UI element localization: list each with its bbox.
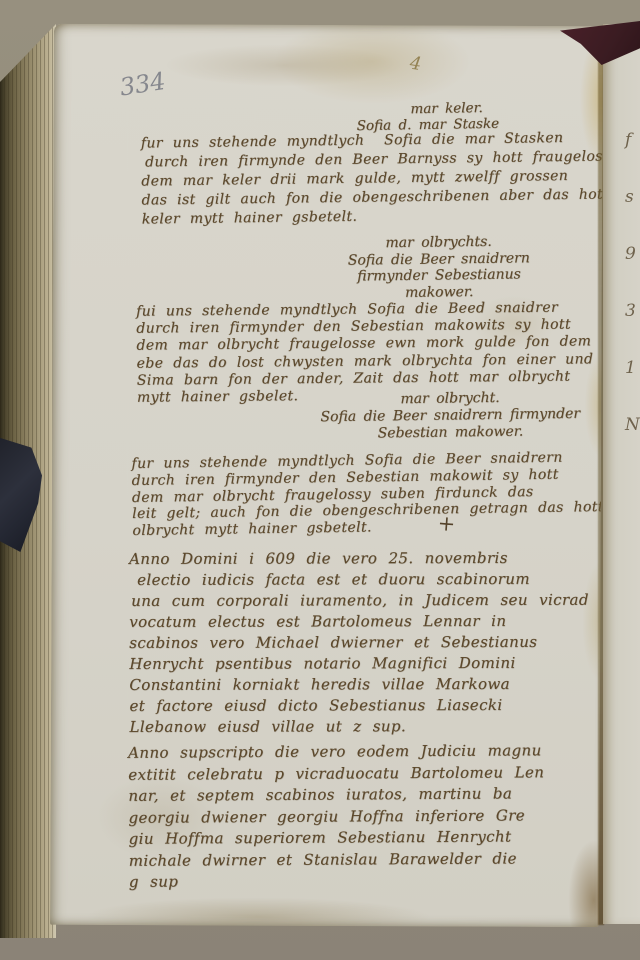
handwritten-line: georgiu dwiener georgiu Hoffna inferiore… [128, 804, 603, 829]
handwritten-line: una cum corporali iuramento, in Judicem … [131, 590, 603, 612]
page-number: 334 [118, 67, 168, 102]
heading-mar-olbrychts: mar olbrychts.Sofia die Beer snaidrernfi… [300, 233, 577, 303]
paragraph-mar-keler: fur uns stehende myndtlych Sofia die mar… [141, 128, 603, 230]
handwritten-line: Constantini korniakt heredis villae Mark… [129, 674, 603, 696]
paragraph-latin-judicium-magnum: Anno supscripto die vero eodem Judiciu m… [128, 740, 603, 894]
manuscript-page: 334 4 mar keler.Sofia d. mar Staske fur … [50, 24, 603, 927]
handwritten-line: scabinos vero Michael dwierner et Sebest… [129, 632, 603, 654]
handwritten-line: 1 [625, 360, 640, 377]
facing-page-partial-letters: fs931N [625, 132, 640, 434]
heading-mar-olbrycht-second: mar olbrycht.Sofia die Beer snaidrern fi… [302, 389, 599, 444]
cross-ink-mark: + [437, 511, 456, 536]
handwritten-line: Henrycht psentibus notario Magnifici Dom… [129, 653, 603, 675]
paragraph-mar-olbrycht-second: fur uns stehende myndtlych Sofia die Bee… [131, 449, 603, 540]
handwritten-line: 3 [625, 303, 640, 320]
folio-ink-mark: 4 [408, 53, 422, 75]
handwritten-line: michale dwirner et Stanislau Barawelder … [129, 847, 603, 872]
handwritten-line: vocatum electus est Bartolomeus Lennar i… [129, 611, 603, 633]
handwritten-line: giu Hoffma superiorem Sebestianu Henrych… [129, 826, 603, 851]
handwritten-line: nar, et septem scabinos iuratos, martinu… [128, 783, 603, 808]
handwritten-line: electio iudicis facta est et duoru scabi… [137, 569, 603, 591]
manuscript-photo: 334 4 mar keler.Sofia d. mar Staske fur … [0, 0, 640, 960]
facing-page-sliver: fs931N [603, 24, 640, 924]
handwritten-line: Llebanow eiusd villae ut z sup. [129, 716, 602, 738]
handwritten-line: s [625, 189, 640, 206]
paragraph-latin-election-1609: Anno Domini i 609 die vero 25. novembris… [129, 548, 603, 738]
handwritten-line: et factore eiusd dicto Sebestianus Liase… [129, 695, 603, 717]
handwritten-line: g sup [129, 869, 603, 894]
handwritten-line: Anno Domini i 609 die vero 25. novembris [129, 548, 603, 570]
handwritten-line: extitit celebratu p vicraduocatu Bartolo… [128, 761, 603, 786]
handwritten-line: f [625, 132, 640, 149]
handwritten-line: Anno supscripto die vero eodem Judiciu m… [128, 740, 603, 765]
handwritten-line: 9 [625, 246, 640, 263]
handwritten-line: N [625, 417, 640, 434]
